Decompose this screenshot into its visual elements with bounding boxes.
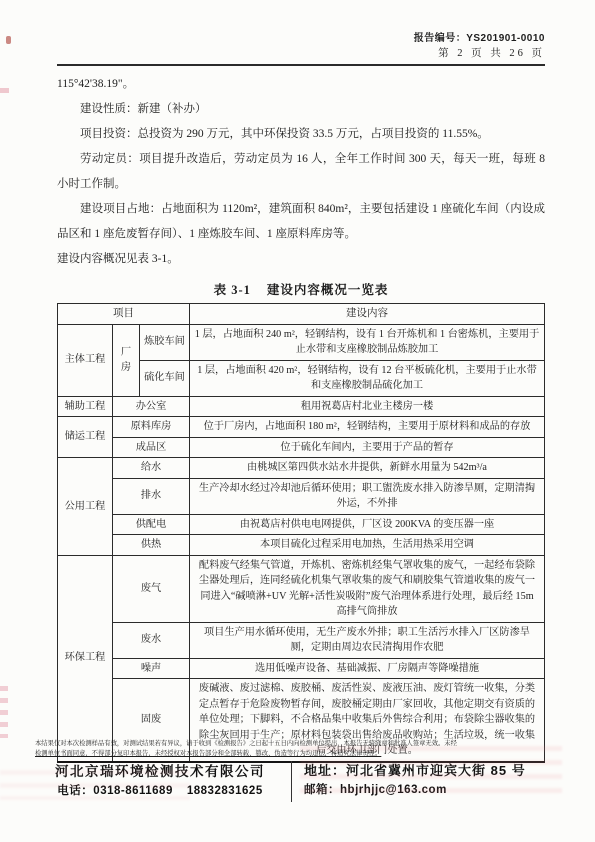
body-paragraphs: 115°42'38.19"。 建设性质：新建（补办） 项目投资：总投资为 290… [57,72,545,272]
disclaimer-text: 本结果仅对本次检测样品有效，对测试结果若有异议，请于收到《检测报告》之日起十五日… [35,739,567,758]
content-cell-waste-water: 项目生产用水循环使用，无生产废水外排；职工生活污水排入厂区防渗旱厕，定期由周边农… [190,622,545,658]
email-line: 邮箱：hbjrhjjc@163.com [304,781,567,799]
phone-label: 电话： [57,785,93,797]
label-cell-waste-gas: 废气 [113,555,190,622]
table-row: 供配电 由祝葛店村供电电网提供，厂区设 200KVA 的变压器一座 [58,514,545,535]
company-name: 河北京瑞环境检测技术有限公司 [35,762,285,782]
paragraph-investment: 项目投资：总投资为 290 万元，其中环保投资 33.5 万元，占项目投资的 1… [57,122,545,147]
label-cell-raw-material-warehouse: 原料库房 [113,417,190,438]
email-value: hbjrhjjc@163.com [340,784,447,796]
page-number-line: 第 2 页 共 26 页 [57,45,545,60]
phone-number-1: 0318-8611689 [93,785,173,797]
report-number-value: YS201901-0010 [466,33,545,44]
table-row: 主体工程 厂房 炼胶车间 1 层，占地面积 240 m²，轻钢结构，设有 1 台… [58,324,545,360]
company-right-column: 地址：河北省冀州市迎宾大街 85 号 邮箱：hbjrhjjc@163.com [292,761,567,802]
table-row: 供热 本项目硫化过程采用电加热，生活用热采用空调 [58,535,545,556]
scan-artifact-pink-dash [0,88,9,93]
table-row: 辅助工程 办公室 租用祝葛店村北业主楼房一楼 [58,396,545,417]
scan-artifact-red-dot [6,36,11,44]
label-cell-waste-water: 废水 [113,622,190,658]
table-row: 环保工程 废气 配料废气经集气管道，开炼机、密炼机经集气罩收集的废气，一起经布袋… [58,555,545,622]
group-cell-auxiliary-works: 辅助工程 [58,396,113,417]
disclaimer-line-1: 本结果仅对本次检测样品有效，对测试结果若有异议，请于收到《检测报告》之日起十五日… [35,739,567,749]
label-cell-vulcanizing-workshop: 硫化车间 [140,360,190,396]
paragraph-coordinates: 115°42'38.19"。 [57,72,545,97]
page-footer: 本结果仅对本次检测样品有效，对测试结果若有异议，请于收到《检测报告》之日起十五日… [35,739,567,802]
table-row: 成品区 位于硫化车间内，主要用于产品的暂存 [58,437,545,458]
header-cell-project: 项目 [58,304,190,325]
table-row: 噪声 选用低噪声设备、基础减振、厂房隔声等降噪措施 [58,658,545,679]
company-info-block: 河北京瑞环境检测技术有限公司 电话：0318-86116891883283162… [35,761,567,802]
content-cell-mixing-workshop: 1 层，占地面积 240 m²，轻钢结构，设有 1 台开炼机和 1 台密炼机，主… [190,324,545,360]
label-cell-office: 办公室 [113,396,190,417]
paragraph-table-reference: 建设内容概况见表 3-1。 [57,247,545,272]
content-cell-finished-product-area: 位于硫化车间内，主要用于产品的暂存 [190,437,545,458]
sub-cell-workshop: 厂房 [113,324,140,396]
paragraph-construction-nature: 建设性质：新建（补办） [57,97,545,122]
content-cell-power-supply: 由祝葛店村供电电网提供，厂区设 200KVA 的变压器一座 [190,514,545,535]
report-number-label: 报告编号： [414,33,467,44]
table-row: 废水 项目生产用水循环使用，无生产废水外排；职工生活污水排入厂区防渗旱厕，定期由… [58,622,545,658]
label-cell-drainage: 排水 [113,478,190,514]
paragraph-land-area: 建设项目占地：占地面积为 1120m²，建筑面积 840m²，主要包括建设 1 … [57,197,545,247]
address-label: 地址： [304,763,346,778]
group-cell-utility-works: 公用工程 [58,458,113,556]
report-page: 报告编号：YS201901-0010 第 2 页 共 26 页 115°42'3… [0,0,595,842]
content-cell-waste-gas: 配料废气经集气管道，开炼机、密炼机经集气罩收集的废气，一起经布袋除尘器处理后，连… [190,555,545,622]
address-value: 河北省冀州市迎宾大街 85 号 [346,763,526,778]
construction-overview-table: 项目 建设内容 主体工程 厂房 炼胶车间 1 层，占地面积 240 m²，轻钢结… [57,303,545,763]
content-cell-water-supply: 由桃城区第四供水站水井提供，新鲜水用量为 542m³/a [190,458,545,479]
label-cell-heat-supply: 供热 [113,535,190,556]
table-row: 储运工程 原料库房 位于厂房内，占地面积 180 m²，轻钢结构，主要用于原材料… [58,417,545,438]
table-row: 排水 生产冷却水经过冷却池后循环使用；职工盥洗废水排入防渗旱厕，定期清掏外运，不… [58,478,545,514]
address-line: 地址：河北省冀州市迎宾大街 85 号 [304,761,567,781]
table-number: 表 3-1 [214,283,251,297]
company-left-column: 河北京瑞环境检测技术有限公司 电话：0318-86116891883283162… [35,761,292,802]
scan-artifact-pink-squiggle [0,686,8,738]
table-header-row: 项目 建设内容 [58,304,545,325]
content-cell-raw-material-warehouse: 位于厂房内，占地面积 180 m²，轻钢结构，主要用于原材料和成品的存放 [190,417,545,438]
label-cell-finished-product-area: 成品区 [113,437,190,458]
group-cell-environmental-works: 环保工程 [58,555,113,762]
group-cell-storage-works: 储运工程 [58,417,113,458]
label-cell-power-supply: 供配电 [113,514,190,535]
email-label: 邮箱： [304,784,340,796]
content-cell-noise: 选用低噪声设备、基础减振、厂房隔声等降噪措施 [190,658,545,679]
content-cell-vulcanizing-workshop: 1 层，占地面积 420 m²，轻钢结构，设有 12 台平板硫化机，主要用于止水… [190,360,545,396]
label-cell-noise: 噪声 [113,658,190,679]
group-cell-main-works: 主体工程 [58,324,113,396]
report-number-line: 报告编号：YS201901-0010 [57,29,545,44]
content-cell-heat-supply: 本项目硫化过程采用电加热，生活用热采用空调 [190,535,545,556]
table-title: 建设内容概况一览表 [267,283,389,297]
paragraph-staffing: 劳动定员：项目提升改造后，劳动定员为 16 人，全年工作时间 300 天，每天一… [57,147,545,197]
header-cell-content: 建设内容 [190,304,545,325]
phone-line: 电话：0318-861168918832831625 [35,782,285,800]
content-cell-drainage: 生产冷却水经过冷却池后循环使用；职工盥洗废水排入防渗旱厕，定期清掏外运，不外排 [190,478,545,514]
phone-number-2: 18832831625 [187,785,263,797]
table-caption: 表 3-1建设内容概况一览表 [57,280,545,298]
disclaimer-line-2: 检测单位书面同意，不得部分复印本报告，未经授权对本报告部分和全部转载、篡改、伪造… [35,749,567,759]
page-content: 报告编号：YS201901-0010 第 2 页 共 26 页 115°42'3… [57,0,545,763]
content-cell-office: 租用祝葛店村北业主楼房一楼 [190,396,545,417]
page-header: 报告编号：YS201901-0010 第 2 页 共 26 页 [57,0,545,60]
header-divider [57,64,545,66]
label-cell-water-supply: 给水 [113,458,190,479]
label-cell-mixing-workshop: 炼胶车间 [140,324,190,360]
table-row: 公用工程 给水 由桃城区第四供水站水井提供，新鲜水用量为 542m³/a [58,458,545,479]
